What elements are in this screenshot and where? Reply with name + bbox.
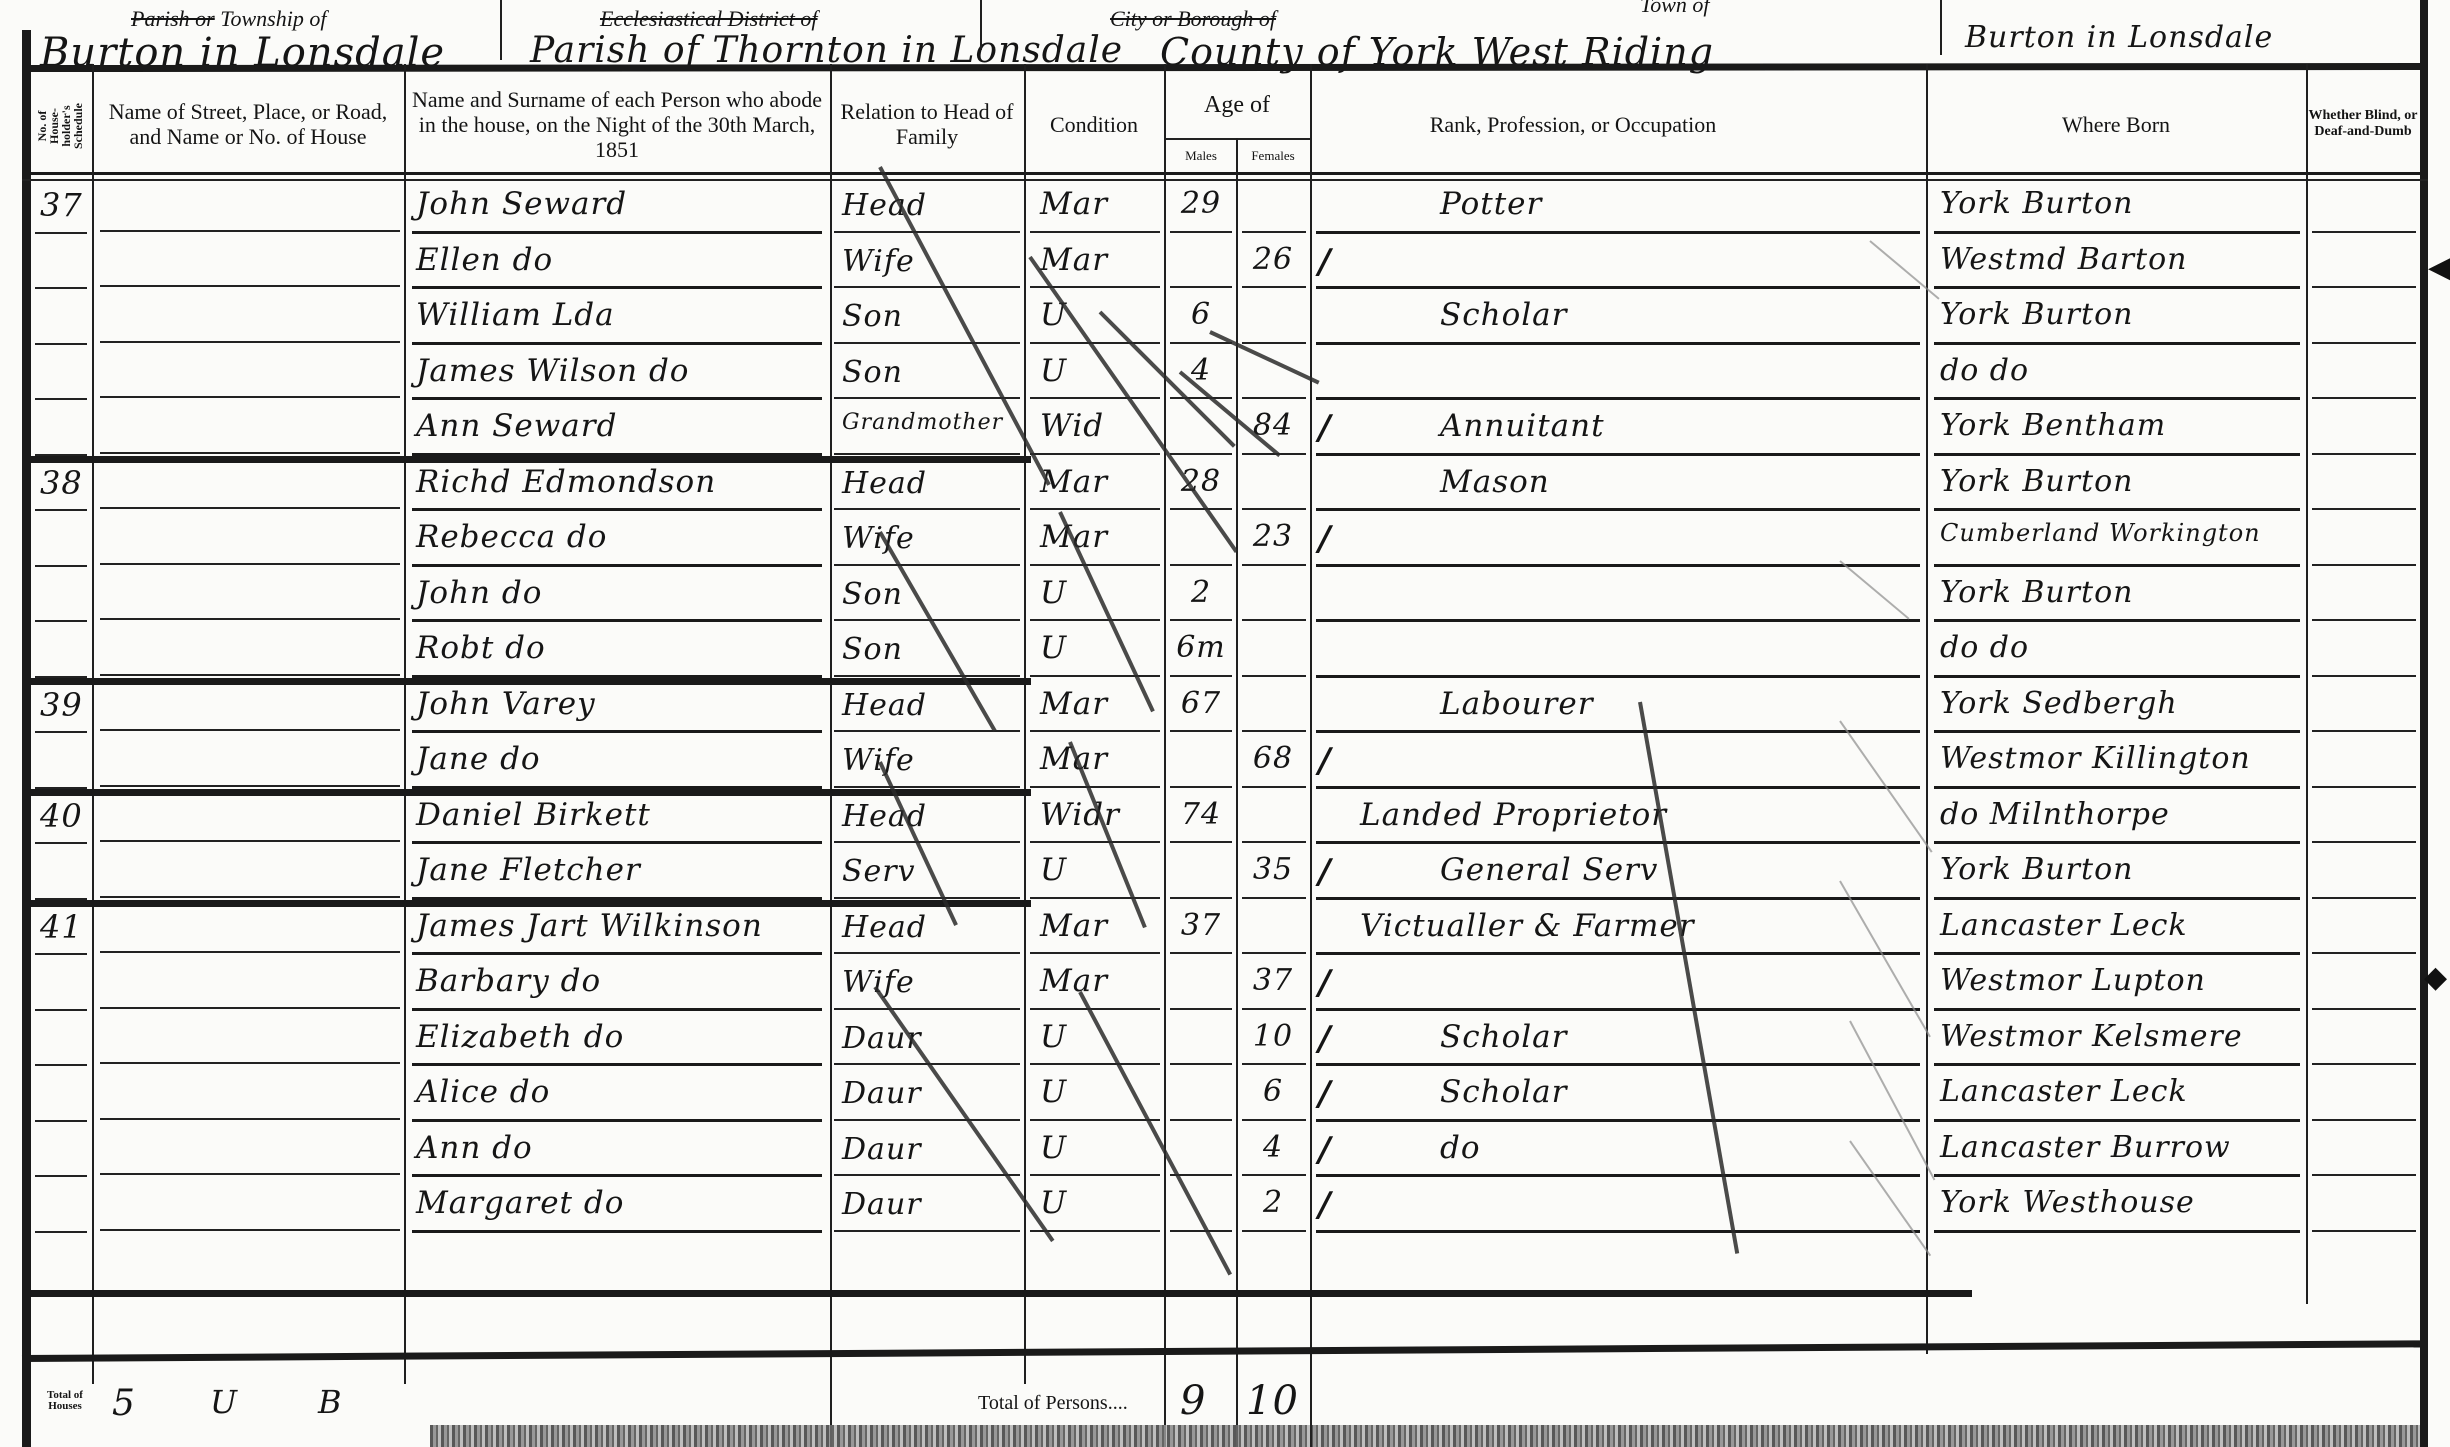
row-rule [1242, 231, 1306, 233]
page-border-right [2420, 0, 2428, 1447]
col-divider [404, 64, 406, 1384]
female-age: 23 [1240, 519, 1306, 554]
relation: Daur [842, 1187, 922, 1222]
male-age: 29 [1168, 186, 1234, 221]
birthplace: York Burton [1940, 464, 2133, 499]
row-rule [1242, 619, 1306, 621]
row-rule [100, 729, 400, 731]
condition: Wid [1040, 408, 1104, 444]
condition: Widr [1040, 797, 1120, 833]
row-rule [1030, 1008, 1160, 1010]
check-slash [1849, 1140, 1931, 1256]
row-rule [412, 397, 822, 400]
row-rule [1170, 342, 1232, 344]
row-rule [412, 286, 822, 289]
row-rule [35, 398, 87, 400]
person-name: John Seward [416, 186, 627, 222]
row-rule [35, 731, 87, 733]
person-name: Alice do [416, 1074, 550, 1110]
relation: Wife [842, 244, 915, 279]
relation: Wife [842, 743, 915, 778]
row-rule [834, 508, 1020, 510]
row-rule [412, 1230, 822, 1233]
row-rule [1934, 1008, 2300, 1011]
town-value: Burton in Lonsdale [1965, 20, 2273, 55]
row-rule [1030, 508, 1160, 510]
birthplace: do Milnthorpe [1940, 797, 2170, 832]
row-rule [1242, 786, 1306, 788]
row-rule [2312, 730, 2416, 732]
row-rule [1170, 786, 1232, 788]
occupation: do [1440, 1130, 1481, 1166]
row-rule [1030, 952, 1160, 954]
row-rule [834, 453, 1020, 455]
page-border-left [22, 30, 31, 1447]
row-rule [834, 786, 1020, 788]
row-rule [1316, 619, 1920, 622]
row-rule [412, 1174, 822, 1177]
row-rule [1934, 786, 2300, 789]
birthplace: Westmor Kelsmere [1940, 1019, 2243, 1054]
row-rule [1170, 730, 1232, 732]
female-tick-mark: / [1318, 963, 1331, 1003]
row-rule [1316, 564, 1920, 567]
row-rule [1170, 675, 1232, 677]
title-divider [1940, 0, 1942, 55]
row-rule [1934, 952, 2300, 955]
row-rule [1316, 508, 1920, 511]
relation: Daur [842, 1076, 922, 1111]
person-name: Margaret do [416, 1185, 624, 1221]
header-condition: Condition [1024, 76, 1164, 172]
row-rule [1316, 453, 1920, 456]
row-rule [412, 619, 822, 622]
female-age: 26 [1240, 242, 1306, 277]
relation: Son [842, 577, 903, 612]
row-rule [1934, 675, 2300, 678]
person-name: Elizabeth do [416, 1019, 624, 1055]
row-rule [100, 1118, 400, 1120]
birthplace: Lancaster Leck [1940, 1074, 2188, 1109]
row-rule [1242, 897, 1306, 899]
row-rule [834, 564, 1020, 566]
row-rule [2312, 453, 2416, 455]
relation: Grandmother [842, 410, 1003, 435]
row-rule [1316, 1230, 1920, 1233]
birthplace: Westmd Barton [1940, 242, 2188, 277]
row-rule [834, 952, 1020, 954]
header-bottom-rule [22, 172, 2428, 175]
edge-marker: ◆ [2424, 960, 2447, 995]
female-age: 35 [1240, 852, 1306, 887]
row-rule [1934, 1230, 2300, 1233]
relation: Son [842, 355, 903, 390]
header-relation: Relation to Head of Family [830, 76, 1024, 172]
row-rule [1030, 453, 1160, 455]
header-born: Where Born [1926, 76, 2306, 172]
male-age: 4 [1168, 353, 1234, 388]
row-rule [2312, 342, 2416, 344]
row-rule [834, 342, 1020, 344]
row-rule [1934, 841, 2300, 844]
row-rule [35, 1120, 87, 1122]
row-rule [1316, 1119, 1920, 1122]
male-age: 6m [1168, 630, 1234, 665]
row-rule [1170, 1008, 1232, 1010]
row-rule [1170, 453, 1232, 455]
row-rule [100, 507, 400, 509]
male-age: 37 [1168, 908, 1234, 943]
row-rule [1934, 1063, 2300, 1066]
row-rule [1030, 1230, 1160, 1232]
row-rule [1170, 564, 1232, 566]
row-rule [2312, 619, 2416, 621]
row-rule [35, 953, 87, 955]
person-name: John do [416, 575, 542, 611]
row-rule [412, 508, 822, 511]
row-rule [1316, 342, 1920, 345]
household-separator [31, 678, 1031, 685]
check-slash [1839, 560, 1909, 619]
female-tick-mark: / [1318, 741, 1331, 781]
row-rule [100, 341, 400, 343]
female-tick-mark: / [1318, 852, 1331, 892]
header-name: Name and Surname of each Person who abod… [404, 76, 830, 172]
row-rule [2312, 952, 2416, 954]
scan-edge-noise [430, 1425, 2420, 1447]
row-rule [834, 619, 1020, 621]
birthplace: do do [1940, 353, 2029, 388]
row-rule [834, 841, 1020, 843]
header-blind: Whether Blind, or Deaf-and-Dumb [2306, 76, 2420, 172]
row-rule [100, 285, 400, 287]
row-rule [834, 286, 1020, 288]
row-rule [35, 287, 87, 289]
males-total: 9 [1180, 1378, 1206, 1424]
row-rule [1316, 786, 1920, 789]
row-rule [2312, 231, 2416, 233]
person-name: Ann do [416, 1130, 533, 1166]
relation: Wife [842, 521, 915, 556]
row-rule [834, 231, 1020, 233]
row-rule [1030, 730, 1160, 732]
person-name: Richd Edmondson [416, 464, 716, 500]
row-rule [100, 896, 400, 898]
condition: U [1040, 852, 1067, 888]
female-tick-mark: / [1318, 1019, 1331, 1059]
row-rule [1030, 397, 1160, 399]
row-rule [1934, 1119, 2300, 1122]
col-divider [830, 64, 832, 1447]
row-rule [1170, 1119, 1232, 1121]
age-subrule [1166, 138, 1310, 140]
female-tick-mark: / [1318, 1074, 1331, 1114]
col-divider [92, 64, 94, 1384]
header-bottom-rule-2 [22, 179, 2428, 181]
row-rule [834, 897, 1020, 899]
row-rule [1170, 1230, 1232, 1232]
row-rule [1242, 286, 1306, 288]
header-street: Name of Street, Place, or Road, and Name… [92, 76, 404, 172]
female-tick-mark: / [1318, 242, 1331, 282]
schedule-number: 41 [40, 908, 83, 946]
person-name: James Jart Wilkinson [416, 908, 763, 944]
female-age: 10 [1240, 1019, 1306, 1054]
check-slash [1839, 881, 1931, 1038]
row-rule [35, 232, 87, 234]
row-rule [35, 509, 87, 511]
row-rule [1170, 397, 1232, 399]
condition: U [1040, 1185, 1067, 1221]
occupation: Scholar [1440, 1074, 1567, 1110]
occupation: Labourer [1440, 686, 1594, 722]
row-rule [2312, 564, 2416, 566]
houses-total-value-1: 5 [112, 1383, 136, 1424]
row-rule [2312, 1063, 2416, 1065]
row-rule [412, 231, 822, 234]
condition: U [1040, 1074, 1067, 1110]
female-age: 4 [1240, 1130, 1306, 1165]
header-males: Males [1166, 148, 1236, 164]
row-rule [1242, 952, 1306, 954]
row-rule [35, 1009, 87, 1011]
person-name: Jane do [416, 741, 541, 777]
row-rule [1934, 453, 2300, 456]
row-rule [1170, 952, 1232, 954]
schedule-number: 38 [40, 464, 83, 502]
end-rule [22, 1290, 1972, 1297]
row-rule [35, 565, 87, 567]
condition: Mar [1040, 242, 1108, 278]
condition: Mar [1040, 686, 1108, 722]
row-rule [100, 618, 400, 620]
row-rule [1242, 508, 1306, 510]
row-rule [100, 230, 400, 232]
male-age: 2 [1168, 575, 1234, 610]
row-rule [1030, 231, 1160, 233]
row-rule [1242, 675, 1306, 677]
occupation: Scholar [1440, 297, 1567, 333]
females-total: 10 [1246, 1378, 1299, 1424]
birthplace: Lancaster Burrow [1940, 1130, 2231, 1165]
row-rule [1316, 841, 1920, 844]
col-divider [1236, 138, 1238, 1447]
col-divider [2306, 64, 2308, 1304]
person-name: James Wilson do [416, 353, 689, 389]
birthplace: York Sedbergh [1940, 686, 2178, 721]
female-tick-mark: / [1318, 519, 1331, 559]
col-divider [1024, 64, 1026, 1384]
condition: U [1040, 575, 1067, 611]
condition: U [1040, 1019, 1067, 1055]
row-rule [1316, 730, 1920, 733]
condition: Mar [1040, 908, 1108, 944]
relation: Serv [842, 854, 916, 889]
row-rule [1242, 1119, 1306, 1121]
schedule-number: 37 [40, 186, 83, 224]
row-rule [412, 1119, 822, 1122]
row-rule [1030, 897, 1160, 899]
female-age: 68 [1240, 741, 1306, 776]
birthplace: York Burton [1940, 575, 2133, 610]
row-rule [35, 1231, 87, 1233]
relation: Head [842, 688, 927, 723]
houses-total-value-2: U [210, 1383, 238, 1421]
row-rule [1030, 675, 1160, 677]
row-rule [100, 396, 400, 398]
row-rule [1030, 564, 1160, 566]
row-rule [1934, 897, 2300, 900]
household-separator [31, 900, 1031, 907]
row-rule [1934, 730, 2300, 733]
check-slash [1078, 991, 1232, 1275]
row-rule [35, 620, 87, 622]
col-divider [1926, 64, 1928, 1354]
row-rule [2312, 508, 2416, 510]
row-rule [1316, 1008, 1920, 1011]
household-separator [31, 789, 1031, 796]
row-rule [2312, 286, 2416, 288]
birthplace: do do [1940, 630, 2029, 665]
relation: Head [842, 799, 927, 834]
condition: Mar [1040, 464, 1108, 500]
schedule-number: 39 [40, 686, 83, 724]
town-label: Town of [1640, 0, 1710, 18]
houses-total-label: Total of Houses [40, 1390, 90, 1412]
row-rule [834, 1008, 1020, 1010]
male-age: 6 [1168, 297, 1234, 332]
row-rule [1030, 1174, 1160, 1176]
row-rule [1242, 841, 1306, 843]
title-divider [980, 0, 982, 50]
row-rule [35, 1064, 87, 1066]
row-rule [1934, 397, 2300, 400]
relation: Daur [842, 1132, 922, 1167]
row-rule [412, 1063, 822, 1066]
census-page: Parish or Township of Burton in Lonsdale… [0, 0, 2450, 1447]
schedule-number: 40 [40, 797, 83, 835]
person-name: Rebecca do [416, 519, 607, 555]
row-rule [100, 1173, 400, 1175]
row-rule [1242, 1063, 1306, 1065]
occupation: Annuitant [1440, 408, 1605, 444]
row-rule [100, 563, 400, 565]
col-divider [1310, 64, 1312, 1447]
row-rule [100, 452, 400, 454]
female-age: 84 [1240, 408, 1306, 443]
totals-rule [22, 1340, 2422, 1362]
row-rule [1934, 619, 2300, 622]
ecclesiastical-label-struck: Ecclesiastical District of [600, 6, 818, 32]
row-rule [1934, 564, 2300, 567]
row-rule [2312, 1008, 2416, 1010]
header-females: Females [1236, 148, 1310, 164]
birthplace: Lancaster Leck [1940, 908, 2188, 943]
row-rule [1242, 564, 1306, 566]
condition: Mar [1040, 963, 1108, 999]
female-age: 2 [1240, 1185, 1306, 1220]
row-rule [100, 951, 400, 953]
male-age: 74 [1168, 797, 1234, 832]
row-rule [1170, 508, 1232, 510]
birthplace: Westmor Killington [1940, 741, 2251, 776]
title-divider [500, 0, 502, 60]
check-slash [1869, 240, 1939, 299]
row-rule [1316, 286, 1920, 289]
row-rule [412, 841, 822, 844]
relation: Head [842, 188, 927, 223]
row-rule [1242, 730, 1306, 732]
row-rule [412, 952, 822, 955]
row-rule [1030, 619, 1160, 621]
borough-label-struck: City or Borough of [1110, 6, 1276, 32]
row-rule [35, 1175, 87, 1177]
occupation: Mason [1440, 464, 1550, 500]
male-age: 67 [1168, 686, 1234, 721]
row-rule [834, 1174, 1020, 1176]
relation: Head [842, 910, 927, 945]
female-tick-mark: / [1318, 1185, 1331, 1225]
persons-total-label: Total of Persons.... [978, 1392, 1128, 1415]
row-rule [100, 1229, 400, 1231]
edge-marker: ◀ [2428, 250, 2450, 285]
row-rule [1242, 1008, 1306, 1010]
row-rule [100, 674, 400, 676]
row-rule [412, 342, 822, 345]
birthplace: York Burton [1940, 297, 2133, 332]
row-rule [1170, 231, 1232, 233]
female-age: 37 [1240, 963, 1306, 998]
col-divider [1164, 64, 1166, 1447]
row-rule [100, 1062, 400, 1064]
row-rule [412, 564, 822, 567]
row-rule [834, 1230, 1020, 1232]
occupation: Landed Proprietor [1360, 797, 1667, 833]
household-separator [31, 456, 1031, 463]
condition: U [1040, 353, 1067, 389]
row-rule [1242, 397, 1306, 399]
row-rule [1242, 1174, 1306, 1176]
township-label-struck: Parish or [131, 6, 215, 31]
condition: U [1040, 1130, 1067, 1166]
row-rule [1170, 286, 1232, 288]
person-name: William Lda [416, 297, 615, 333]
row-rule [1242, 342, 1306, 344]
row-rule [2312, 1174, 2416, 1176]
township-label: Township of [220, 6, 326, 31]
row-rule [1030, 841, 1160, 843]
row-rule [1316, 897, 1920, 900]
person-name: Barbary do [416, 963, 601, 999]
birthplace: Westmor Lupton [1940, 963, 2206, 998]
houses-total-value-3: B [318, 1383, 343, 1421]
row-rule [1934, 1174, 2300, 1177]
header-rule [22, 63, 2428, 72]
row-rule [2312, 675, 2416, 677]
person-name: Jane Fletcher [416, 852, 641, 888]
row-rule [1030, 1119, 1160, 1121]
occupation: Potter [1440, 186, 1542, 222]
birthplace: York Burton [1940, 852, 2133, 887]
row-rule [1030, 786, 1160, 788]
person-name: Ellen do [416, 242, 553, 278]
row-rule [1170, 1063, 1232, 1065]
row-rule [2312, 841, 2416, 843]
row-rule [1170, 897, 1232, 899]
row-rule [100, 1007, 400, 1009]
condition: U [1040, 630, 1067, 666]
row-rule [1316, 1174, 1920, 1177]
